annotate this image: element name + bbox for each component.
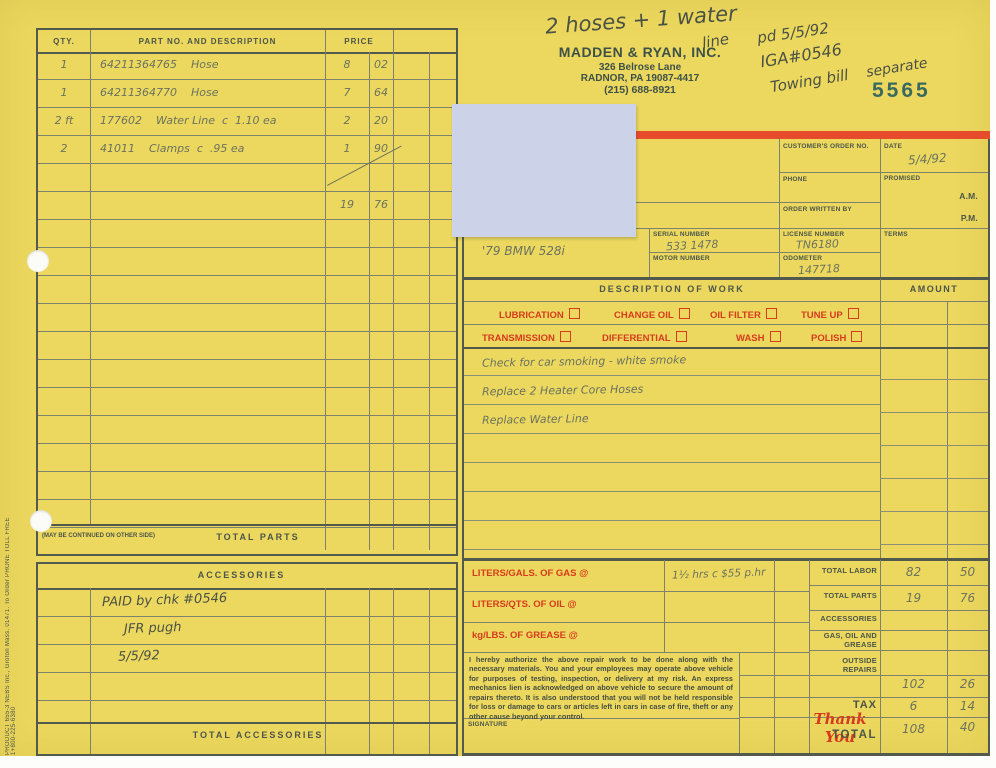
qty-header: QTY. bbox=[38, 37, 90, 46]
part-price-dollars: 2 bbox=[325, 114, 369, 127]
grid-line bbox=[464, 622, 809, 623]
grid-line bbox=[464, 324, 988, 325]
grid-line bbox=[664, 560, 665, 652]
amount-lines bbox=[880, 347, 988, 547]
part-price-cents: 90 bbox=[369, 142, 393, 155]
promised-label: PROMISED bbox=[884, 175, 920, 182]
service-option: CHANGE OIL bbox=[614, 308, 690, 321]
authorization-text: I hereby authorize the above repair work… bbox=[469, 655, 733, 721]
differential-checkbox bbox=[676, 331, 687, 342]
work-line: Replace Water Line bbox=[482, 412, 589, 427]
grid-line bbox=[809, 585, 988, 586]
scanned-invoice-page: PRODUCT 655-3 NEBS Inc., Groton Mass. 01… bbox=[0, 0, 996, 768]
grid-line bbox=[429, 588, 430, 754]
part-desc: 64211364765 Hose bbox=[100, 58, 218, 71]
parts-subtotal-cents: 76 bbox=[369, 198, 393, 211]
row-line bbox=[38, 616, 456, 617]
service-label: POLISH bbox=[811, 333, 846, 344]
service-label: TUNE UP bbox=[801, 310, 843, 321]
service-label: CHANGE OIL bbox=[614, 310, 674, 321]
part-price-cents: 02 bbox=[369, 58, 393, 71]
grid-line bbox=[739, 697, 988, 698]
grid-line bbox=[464, 652, 809, 653]
company-phone: (215) 688-8921 bbox=[520, 84, 760, 96]
grid-line bbox=[880, 139, 881, 277]
towing-annotation-2: separate bbox=[865, 55, 929, 80]
service-option: OIL FILTER bbox=[710, 308, 777, 321]
accessories-total-label: ACCESSORIES bbox=[807, 614, 877, 623]
amount-header: AMOUNT bbox=[880, 284, 988, 294]
service-option: TRANSMISSION bbox=[482, 331, 571, 344]
license-value: TN6180 bbox=[796, 237, 839, 251]
part-price-cents: 20 bbox=[369, 114, 393, 127]
labor-dollars: 82 bbox=[880, 565, 947, 579]
invoice-number: 5565 bbox=[872, 79, 931, 103]
service-label: DIFFERENTIAL bbox=[602, 333, 671, 344]
accessories-header: ACCESSORIES bbox=[90, 570, 393, 580]
date-label: DATE bbox=[884, 143, 902, 150]
row-line bbox=[38, 644, 456, 645]
grid-line bbox=[809, 610, 988, 611]
order-written-label: ORDER WRITTEN BY bbox=[783, 206, 852, 213]
part-price-dollars: 7 bbox=[325, 86, 369, 99]
part-price-cents: 64 bbox=[369, 86, 393, 99]
vehicle-note: '79 BMW 528i bbox=[482, 244, 565, 258]
outside-repairs-label: OUTSIDE REPAIRS bbox=[807, 656, 877, 674]
company-address-1: 326 Belrose Lane bbox=[520, 62, 760, 73]
total-accessories-rule bbox=[38, 722, 456, 724]
service-option: TUNE UP bbox=[801, 308, 859, 321]
grid-line bbox=[809, 650, 988, 651]
signature-label: SIGNATURE bbox=[468, 721, 508, 728]
wash-checkbox bbox=[770, 331, 781, 342]
am-label: A.M. bbox=[934, 191, 978, 201]
total-labor-label: TOTAL LABOR bbox=[807, 566, 877, 575]
continued-note: (MAY BE CONTINUED ON OTHER SIDE) bbox=[42, 533, 155, 539]
work-section: DESCRIPTION OF WORK AMOUNT LUBRICATION C… bbox=[462, 279, 990, 561]
tune-up-checkbox bbox=[848, 308, 859, 319]
hole-punch-bottom bbox=[30, 510, 52, 532]
totals-section: LITERS/GALS. OF GAS @ LITERS/QTS. OF OIL… bbox=[462, 560, 990, 756]
parts-table: QTY. PART NO. AND DESCRIPTION PRICE 1 64… bbox=[36, 28, 458, 556]
motor-label: MOTOR NUMBER bbox=[653, 255, 710, 262]
paid-note: PAID by chk #0546 bbox=[102, 591, 228, 610]
company-block: MADDEN & RYAN, INC. 326 Belrose Lane RAD… bbox=[520, 44, 760, 96]
parts-dollars: 19 bbox=[880, 591, 947, 605]
lubrication-checkbox bbox=[569, 308, 580, 319]
part-qty: 2 ft bbox=[38, 114, 90, 127]
total-parts-label: TOTAL PARTS bbox=[807, 591, 877, 600]
odometer-value: 147718 bbox=[798, 262, 841, 277]
company-address-2: RADNOR, PA 19087-4417 bbox=[520, 73, 760, 84]
serial-value: 533 1478 bbox=[666, 238, 719, 254]
grid-line bbox=[739, 652, 740, 753]
grid-line bbox=[779, 139, 780, 228]
part-desc: 41011 Clamps c .95 ea bbox=[100, 142, 244, 155]
part-qty: 1 bbox=[38, 86, 90, 99]
grid-line bbox=[464, 301, 988, 302]
service-label: WASH bbox=[736, 333, 765, 344]
printer-margin-text: PRODUCT 655-3 NEBS Inc., Groton Mass. 01… bbox=[5, 505, 17, 755]
row-line bbox=[38, 672, 456, 673]
total-cents: 40 bbox=[947, 720, 988, 734]
parts-subtotal-dollars: 19 bbox=[325, 198, 369, 211]
grid-line bbox=[464, 591, 809, 592]
labor-hours-note: 1½ hrs c $55 p.hr bbox=[672, 566, 766, 581]
gas-oil-grease-label: GAS, OIL AND GREASE bbox=[812, 632, 877, 649]
change-oil-checkbox bbox=[679, 308, 690, 319]
service-label: TRANSMISSION bbox=[482, 333, 555, 344]
total-accessories-label: TOTAL ACCESSORIES bbox=[138, 730, 378, 740]
part-qty: 1 bbox=[38, 58, 90, 71]
oil-label: LITERS/QTS. OF OIL @ bbox=[472, 599, 577, 610]
grid-line bbox=[739, 675, 988, 676]
total-dollars: 108 bbox=[880, 722, 947, 736]
grand-total-label: TOTAL bbox=[802, 729, 877, 741]
total-parts-rule bbox=[38, 524, 456, 526]
service-option: LUBRICATION bbox=[499, 308, 580, 321]
grease-label: kg/LBS. OF GREASE @ bbox=[472, 630, 578, 641]
terms-label: TERMS bbox=[884, 231, 908, 238]
part-qty: 2 bbox=[38, 142, 90, 155]
price-header: PRICE bbox=[325, 37, 393, 46]
accessories-table: ACCESSORIES TOTAL ACCESSORIES PAID by ch… bbox=[36, 562, 458, 756]
subtotal-dollars: 102 bbox=[880, 677, 947, 691]
serial-label: SERIAL NUMBER bbox=[653, 231, 710, 238]
row-line bbox=[38, 700, 456, 701]
service-label: LUBRICATION bbox=[499, 310, 564, 321]
gas-label: LITERS/GALS. OF GAS @ bbox=[472, 568, 588, 579]
service-option: WASH bbox=[736, 331, 781, 344]
part-price-dollars: 8 bbox=[325, 58, 369, 71]
towing-annotation: Towing bill bbox=[769, 66, 850, 96]
grid-line bbox=[779, 172, 988, 173]
customer-order-label: CUSTOMER'S ORDER NO. bbox=[783, 143, 869, 150]
labor-cents: 50 bbox=[947, 565, 988, 579]
grid-line bbox=[90, 588, 91, 754]
hole-punch-top bbox=[27, 250, 49, 272]
service-label: OIL FILTER bbox=[710, 310, 761, 321]
part-desc: 177602 Water Line c 1.10 ea bbox=[100, 114, 277, 127]
part-price-dollars: 1 bbox=[325, 142, 369, 155]
pm-label: P.M. bbox=[934, 213, 978, 223]
subtotal-cents: 26 bbox=[947, 677, 988, 691]
transmission-checkbox bbox=[560, 331, 571, 342]
date-value: 5/4/92 bbox=[908, 151, 948, 168]
tax-dollars: 6 bbox=[880, 699, 947, 713]
tax-cents: 14 bbox=[947, 699, 988, 713]
part-desc: 64211364770 Hose bbox=[100, 86, 218, 99]
work-header: DESCRIPTION OF WORK bbox=[464, 284, 880, 294]
work-lines bbox=[464, 347, 880, 555]
date-note: 5/5/92 bbox=[118, 648, 160, 664]
phone-label: PHONE bbox=[783, 176, 807, 183]
part-desc-header: PART NO. AND DESCRIPTION bbox=[90, 37, 325, 46]
service-option: POLISH bbox=[811, 331, 862, 344]
initials-note: JFR pugh bbox=[124, 620, 182, 637]
oil-filter-checkbox bbox=[766, 308, 777, 319]
parts-cents: 76 bbox=[947, 591, 988, 605]
grid-line bbox=[393, 588, 394, 754]
polish-checkbox bbox=[851, 331, 862, 342]
invoice-paper: PRODUCT 655-3 NEBS Inc., Groton Mass. 01… bbox=[0, 0, 990, 756]
service-option: DIFFERENTIAL bbox=[602, 331, 687, 344]
redaction-overlay bbox=[452, 104, 636, 237]
odometer-label: ODOMETER bbox=[783, 255, 822, 262]
grid-line bbox=[774, 560, 775, 753]
total-parts-label: TOTAL PARTS bbox=[158, 532, 358, 542]
